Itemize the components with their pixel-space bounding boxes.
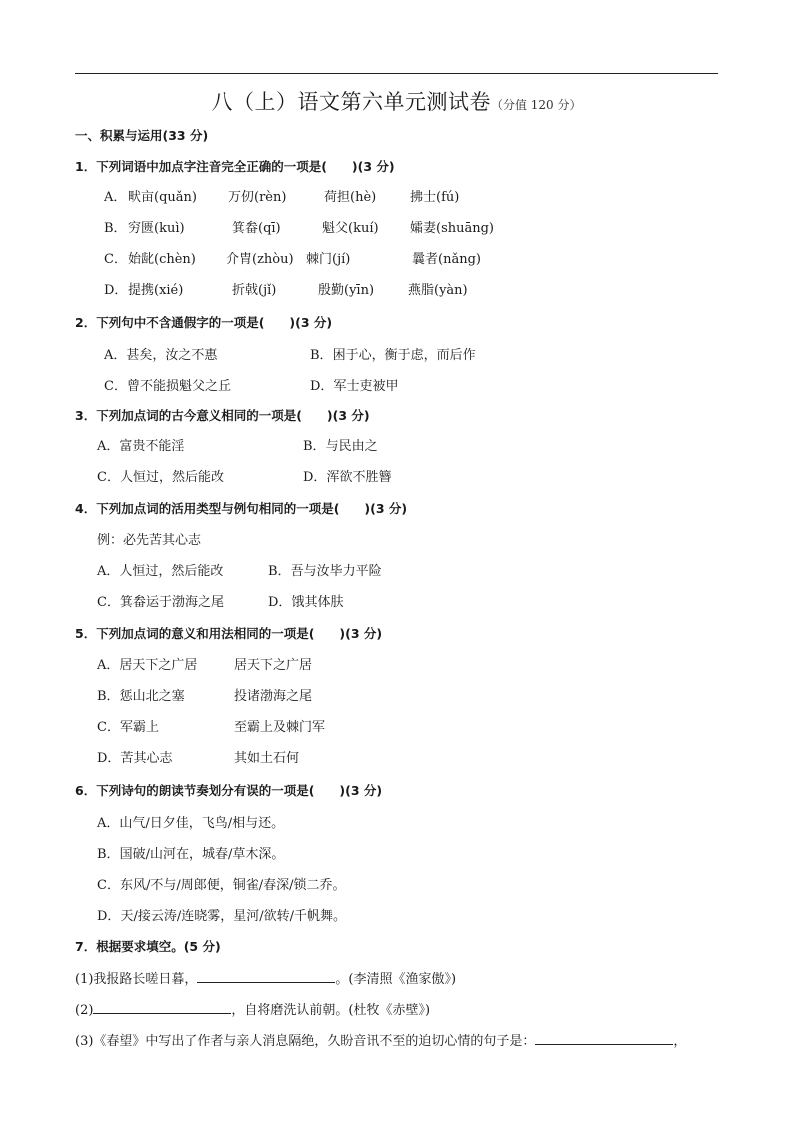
q2-option-b: B．困于心，衡于虑，而后作 [310,344,476,363]
q4-option-c: C．箕畚运于渤海之尾 [97,591,224,610]
page-title: 八（上）语文第六单元测试卷（分值 120 分） [0,86,793,116]
question-5-stem: 5．下列加点词的意义和用法相同的一项是( )(3 分) [75,624,382,642]
q6-option-c: C．东风/不与/周郎便，铜雀/春深/锁二乔。 [97,874,345,893]
q2-option-c: C．曾不能损魁父之丘 [104,375,231,394]
q4-example: 例：必先苦其心志 [97,529,201,548]
q3-option-a: A．富贵不能淫 [97,435,184,454]
q4-option-a: A．人恒过，然后能改 [97,560,223,579]
question-6-stem: 6．下列诗句的朗读节奏划分有误的一项是( )(3 分) [75,781,382,799]
q1-option-d: D． 提携(xié) 折戟(jǐ) 殷勤(yīn) 燕脂(yàn) [104,279,127,298]
q2-option-a: A．甚矣，汝之不惠 [104,344,217,363]
fill-in-blank[interactable] [535,1032,673,1045]
q1-option-c: C． 始龀(chèn) 介胄(zhòu) 棘门(jí) 曩者(nǎng) [104,248,127,267]
question-1-stem: 1．下列词语中加点字注音完全正确的一项是( )(3 分) [75,157,395,175]
q3-option-b: B．与民由之 [303,435,378,454]
q1-a-3: 荷担(hè) [324,186,376,205]
fill-in-blank[interactable] [197,970,335,983]
fill-in-blank[interactable] [93,1001,231,1014]
q1-a-2: 万仞(rèn) [228,186,286,205]
question-2-stem: 2．下列句中不含通假字的一项是( )(3 分) [75,313,332,331]
section-heading: 一、积累与运用(33 分) [75,126,208,144]
q6-option-d: D．天/接云涛/连晓雾，星河/欲转/千帆舞。 [97,905,346,924]
q6-option-b: B．国破/山河在，城春/草木深。 [97,843,284,862]
q7-item-2: (2)，自将磨洗认前朝。(杜牧《赤壁》) [75,999,430,1018]
q1-option-b: B． 穷匮(kuì) 箕畚(qī) 魁父(kuí) 孀妻(shuāng) [104,217,127,236]
q5-option-b: B．惩山北之塞投诸渤海之尾 [97,685,185,704]
q4-option-d: D．饿其体肤 [268,591,343,610]
q3-option-c: C．人恒过，然后能改 [97,466,224,485]
q7-item-3: (3)《春望》中写出了作者与亲人消息隔绝，久盼音讯不至的迫切心情的句子是：， [75,1030,686,1049]
q1-a-1: 畎亩(quǎn) [128,186,197,205]
header-rule [75,73,718,74]
question-7-stem: 7．根据要求填空。(5 分) [75,937,221,955]
q1-a-4: 拂士(fú) [410,186,459,205]
question-3-stem: 3．下列加点词的古今意义相同的一项是( )(3 分) [75,406,370,424]
q7-item-1: (1)我报路长嗟日暮，。(李清照《渔家傲》) [75,968,456,987]
q2-option-d: D．军士吏被甲 [310,375,398,394]
q1-option-a: A． 畎亩(quǎn) 万仞(rèn) 荷担(hè) 拂士(fú) [104,186,126,205]
title-main: 八（上）语文第六单元测试卷 [211,90,491,114]
question-4-stem: 4．下列加点词的活用类型与例句相同的一项是( )(3 分) [75,499,407,517]
q5-option-a: A．居天下之广居居天下之广居 [97,654,197,673]
q3-option-d: D．浑欲不胜簪 [303,466,391,485]
score-note: （分值 120 分） [491,98,582,112]
q5-option-d: D．苦其心志其如土石何 [97,747,172,766]
q6-option-a: A．山气/日夕佳，飞鸟/相与还。 [97,812,284,831]
q4-option-b: B．吾与汝毕力平险 [268,560,382,579]
q5-option-c: C．军霸上至霸上及棘门军 [97,716,159,735]
